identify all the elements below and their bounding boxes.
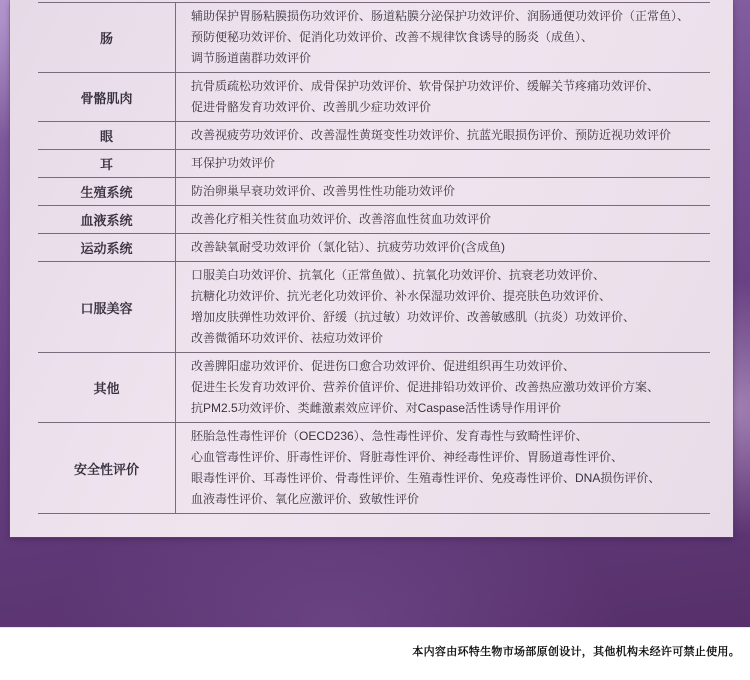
table-row: 生殖系统防治卵巢早衰功效评价、改善男性性功能功效评价: [38, 178, 710, 206]
category-label: 生殖系统: [38, 178, 176, 206]
category-label: 肠: [38, 3, 176, 73]
category-label: 口服美容: [38, 262, 176, 353]
table-row: 运动系统改善缺氧耐受功效评价（氯化钴）、抗疲劳功效评价(含成鱼): [38, 234, 710, 262]
evaluation-table: 肠辅助保护胃肠粘膜损伤功效评价、肠道粘膜分泌保护功效评价、润肠通便功效评价（正常…: [38, 2, 710, 514]
table-row: 血液系统改善化疗相关性贫血功效评价、改善溶血性贫血功效评价: [38, 206, 710, 234]
category-content: 胚胎急性毒性评价（OECD236）、急性毒性评价、发育毒性与致畸性评价、 心血管…: [176, 423, 711, 514]
table-row: 耳耳保护功效评价: [38, 150, 710, 178]
table-row: 其他改善脾阳虚功效评价、促进伤口愈合功效评价、促进组织再生功效评价、 促进生长发…: [38, 353, 710, 423]
category-label: 血液系统: [38, 206, 176, 234]
evaluation-table-card: 肠辅助保护胃肠粘膜损伤功效评价、肠道粘膜分泌保护功效评价、润肠通便功效评价（正常…: [10, 0, 733, 537]
category-label: 其他: [38, 353, 176, 423]
category-content: 辅助保护胃肠粘膜损伤功效评价、肠道粘膜分泌保护功效评价、润肠通便功效评价（正常鱼…: [176, 3, 711, 73]
category-label: 眼: [38, 122, 176, 150]
category-label: 运动系统: [38, 234, 176, 262]
category-label: 安全性评价: [38, 423, 176, 514]
category-content: 防治卵巢早衰功效评价、改善男性性功能功效评价: [176, 178, 711, 206]
footer-strip: 本内容由环特生物市场部原创设计，其他机构未经许可禁止使用。: [0, 627, 750, 680]
category-content: 口服美白功效评价、抗氧化（正常鱼做）、抗氧化功效评价、抗衰老功效评价、 抗糖化功…: [176, 262, 711, 353]
category-content: 改善脾阳虚功效评价、促进伤口愈合功效评价、促进组织再生功效评价、 促进生长发育功…: [176, 353, 711, 423]
category-label: 骨骼肌肉: [38, 73, 176, 122]
copyright-text: 本内容由环特生物市场部原创设计，其他机构未经许可禁止使用。: [412, 643, 740, 659]
evaluation-table-body: 肠辅助保护胃肠粘膜损伤功效评价、肠道粘膜分泌保护功效评价、润肠通便功效评价（正常…: [38, 3, 710, 514]
table-row: 安全性评价胚胎急性毒性评价（OECD236）、急性毒性评价、发育毒性与致畸性评价…: [38, 423, 710, 514]
category-label: 耳: [38, 150, 176, 178]
category-content: 抗骨质疏松功效评价、成骨保护功效评价、软骨保护功效评价、缓解关节疼痛功效评价、 …: [176, 73, 711, 122]
category-content: 改善视疲劳功效评价、改善湿性黄斑变性功效评价、抗蓝光眼损伤评价、预防近视功效评价: [176, 122, 711, 150]
table-row: 眼改善视疲劳功效评价、改善湿性黄斑变性功效评价、抗蓝光眼损伤评价、预防近视功效评…: [38, 122, 710, 150]
table-row: 肠辅助保护胃肠粘膜损伤功效评价、肠道粘膜分泌保护功效评价、润肠通便功效评价（正常…: [38, 3, 710, 73]
category-content: 改善缺氧耐受功效评价（氯化钴）、抗疲劳功效评价(含成鱼): [176, 234, 711, 262]
table-row: 口服美容口服美白功效评价、抗氧化（正常鱼做）、抗氧化功效评价、抗衰老功效评价、 …: [38, 262, 710, 353]
table-row: 骨骼肌肉抗骨质疏松功效评价、成骨保护功效评价、软骨保护功效评价、缓解关节疼痛功效…: [38, 73, 710, 122]
category-content: 改善化疗相关性贫血功效评价、改善溶血性贫血功效评价: [176, 206, 711, 234]
category-content: 耳保护功效评价: [176, 150, 711, 178]
